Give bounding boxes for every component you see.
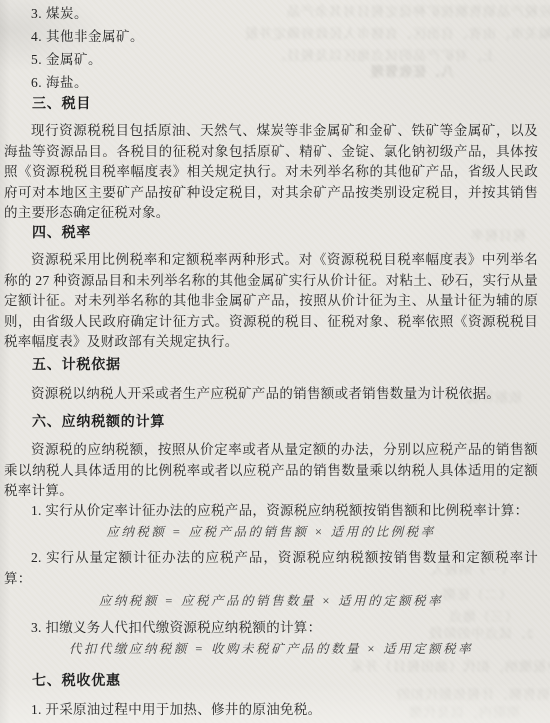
section-heading-tax-rate: 四、税率	[4, 224, 538, 244]
calc-item-ad-valorem: 1. 实行从价定率计征办法的应税产品，资源税应纳税额按销售额和比例税率计算：	[4, 501, 538, 522]
section-heading-incentives: 七、税收优惠	[4, 672, 538, 692]
paragraph-calculation: 资源税的应纳税额，按照从价定率或者从量定额的办法，分别以应税产品的销售额乘以纳税…	[4, 440, 538, 502]
list-item-metal-ore: 5. 金属矿。	[4, 50, 538, 70]
list-item-sea-salt: 6. 海盐。	[4, 73, 538, 93]
section-heading-tax-items: 三、税目	[4, 95, 538, 115]
paragraph-tax-basis: 资源税以纳税人开采或者生产应税矿产品的销售额或者销售数量为计税依据。	[4, 384, 538, 405]
document-page: 应税产品销售额按矿种设定税目对其余产品 大幅关市，由省、自治区、直辖市人民政府确…	[0, 0, 550, 723]
formula-ad-valorem: 应纳税额 = 应税产品的销售额 × 适用的比例税率	[4, 524, 538, 540]
list-item-coal: 3. 煤炭。	[4, 4, 538, 24]
calc-item-withholding: 3. 扣缴义务人代扣代缴资源税应纳税额的计算：	[4, 618, 538, 639]
paragraph-tax-rate: 资源税采用比例税率和定额税率两种形式。对《资源税税目税率幅度表》中列举名称的 2…	[4, 250, 538, 353]
paragraph-tax-items: 现行资源税税目包括原油、天然气、煤炭等非金属矿和金矿、铁矿等金属矿，以及海盐等资…	[4, 121, 538, 224]
calc-item-quantity-based: 2. 实行从量定额计征办法的应税产品，资源税应纳税额按销售数量和定额税率计算：	[4, 548, 538, 589]
formula-quantity-based: 应纳税额 = 应税产品的销售数量 × 适用的定额税率	[4, 593, 538, 609]
section-heading-tax-basis: 五、计税依据	[4, 356, 538, 376]
incentive-item-crude-oil: 1. 开采原油过程中用于加热、修井的原油免税。	[4, 700, 538, 721]
list-item-other-nonmetal: 4. 其他非金属矿。	[4, 27, 538, 47]
section-heading-calculation: 六、应纳税额的计算	[4, 413, 538, 433]
formula-withholding: 代扣代缴应纳税额 = 收购未税矿产品的数量 × 适用定额税率	[4, 641, 538, 657]
